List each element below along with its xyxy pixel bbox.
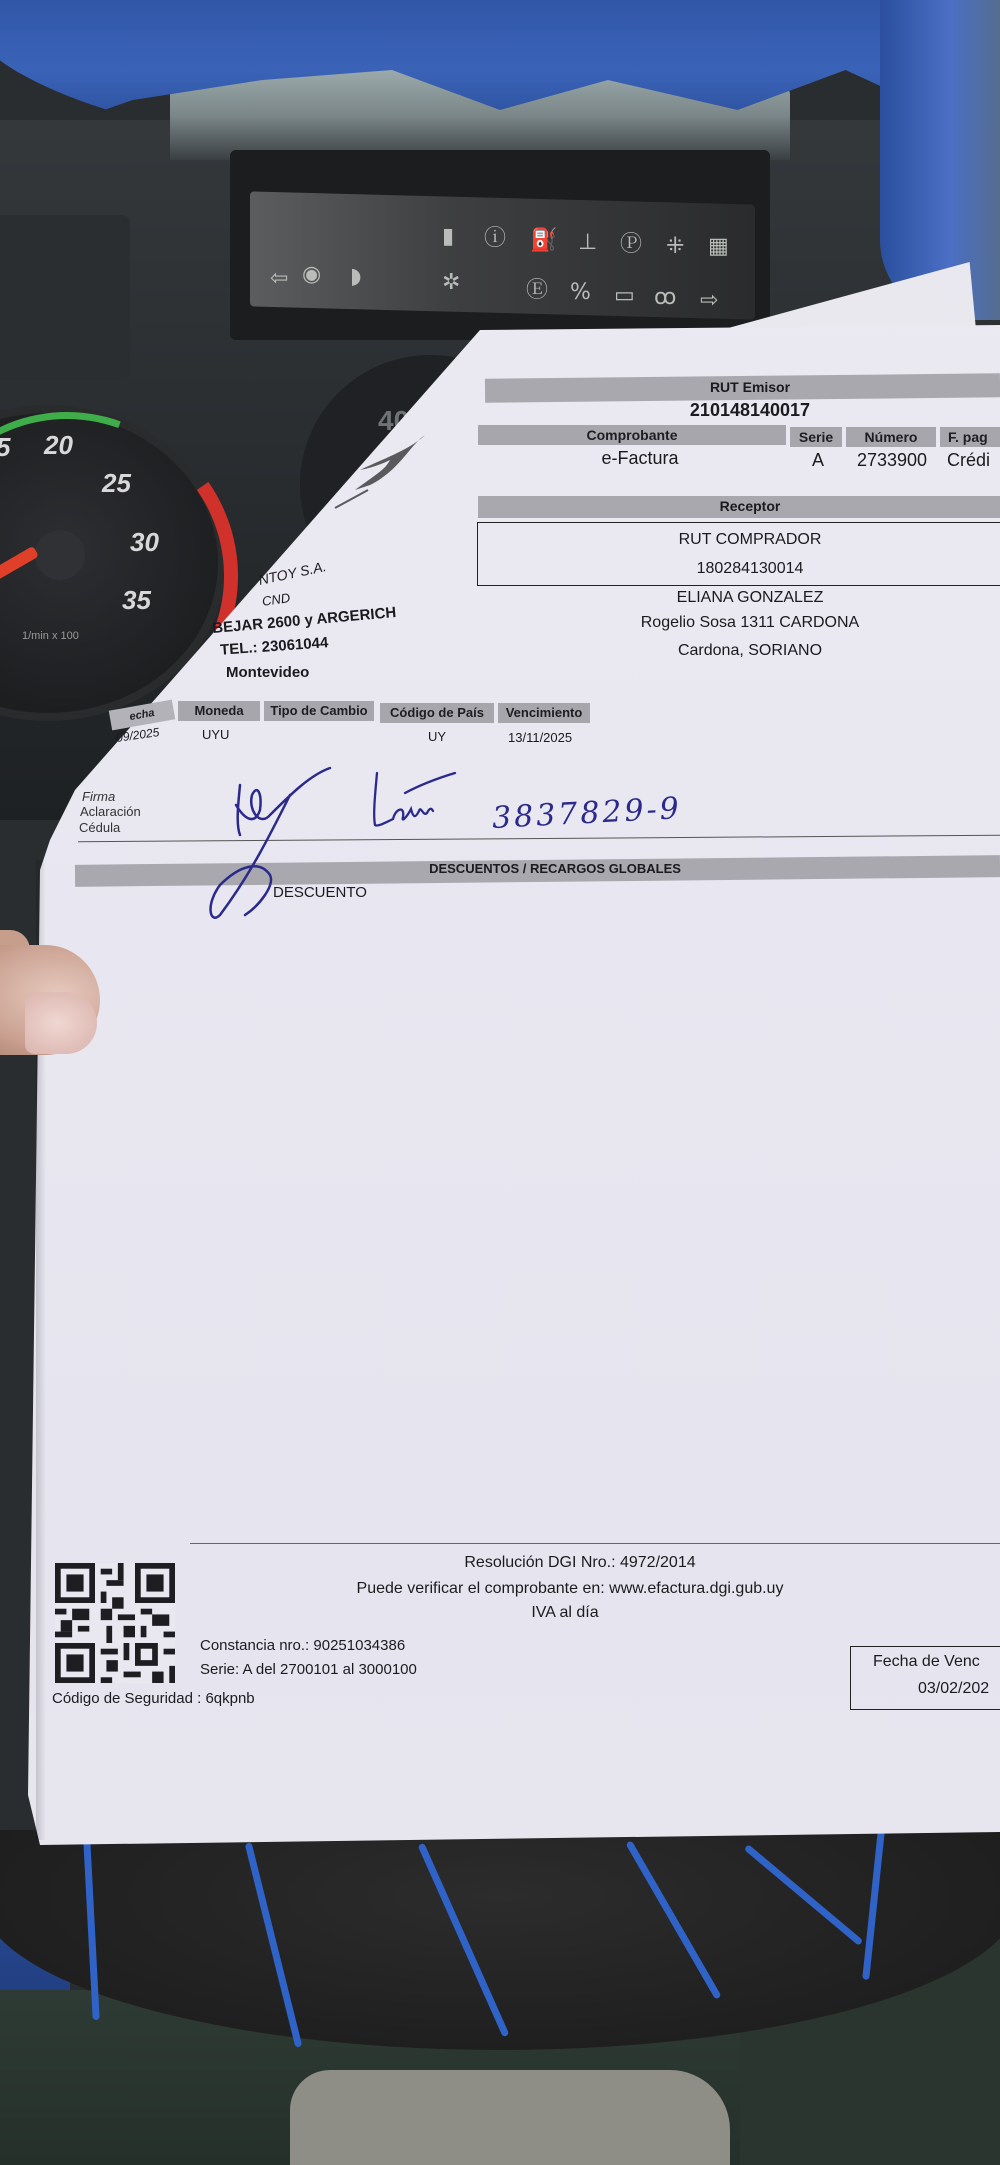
oil-can-icon: ⛽ bbox=[530, 230, 557, 252]
coolant-icon: ⊥ bbox=[578, 232, 597, 254]
resolucion-dgi: Resolución DGI Nro.: 4972/2014 bbox=[410, 1554, 750, 1572]
forma-pago-value: Crédi bbox=[947, 450, 990, 471]
footer-divider bbox=[190, 1543, 1000, 1544]
battery-grid-icon: ▦ bbox=[708, 236, 729, 258]
numero-header: Número bbox=[846, 427, 936, 447]
security-code: Código de Seguridad : 6qkpnb bbox=[52, 1690, 255, 1707]
dash-vent bbox=[0, 215, 130, 380]
constancia-number: Constancia nro.: 90251034386 bbox=[200, 1637, 405, 1654]
parking-brake-icon: Ⓟ bbox=[620, 234, 642, 256]
gauge-label: 25 bbox=[102, 468, 131, 499]
moneda-header: Moneda bbox=[178, 701, 260, 721]
serie-value: A bbox=[800, 450, 836, 471]
gauge-label: 5 bbox=[0, 432, 10, 463]
cedula-label: Cédula bbox=[79, 820, 120, 835]
numero-value: 2733900 bbox=[846, 450, 938, 471]
water-in-fuel-icon: % bbox=[570, 282, 591, 304]
receptor-label: Receptor bbox=[650, 498, 850, 514]
comprobante-header: Comprobante bbox=[478, 425, 786, 445]
gauge-label: 30 bbox=[130, 527, 159, 558]
abs-icon: Ⓔ bbox=[526, 280, 548, 302]
rut-emisor-label: RUT Emisor bbox=[620, 379, 880, 395]
tipo-cambio-header: Tipo de Cambio bbox=[264, 701, 374, 721]
codigo-pais-header: Código de País bbox=[380, 703, 494, 723]
fecha-venc-value: 03/02/202 bbox=[918, 1680, 989, 1698]
tachometer-hub bbox=[35, 530, 85, 580]
fuel-filter-icon: ▮ bbox=[442, 226, 454, 248]
axle-icon: ⁜ bbox=[666, 236, 684, 258]
qr-code-icon[interactable] bbox=[55, 1563, 175, 1683]
shirt bbox=[290, 2070, 730, 2165]
vencimiento-value: 13/11/2025 bbox=[508, 730, 572, 745]
gauge-label: 35 bbox=[122, 585, 151, 616]
firma-label: Firma bbox=[82, 789, 115, 804]
forma-pago-header: F. pag bbox=[940, 427, 1000, 447]
receptor-city: Cardona, SORIANO bbox=[600, 642, 900, 660]
verify-url-text: Puede verificar el comprobante en: www.e… bbox=[330, 1580, 810, 1598]
handwritten-signature-icon bbox=[200, 765, 380, 925]
moneda-value: UYU bbox=[202, 727, 229, 742]
iva-al-dia: IVA al día bbox=[480, 1604, 650, 1622]
descuentos-header: DESCUENTOS / RECARGOS GLOBALES bbox=[390, 861, 720, 876]
battery-icon: ▭ bbox=[614, 285, 635, 307]
fecha-venc-label: Fecha de Venc bbox=[873, 1653, 980, 1671]
serie-header: Serie bbox=[790, 427, 842, 447]
thumbnail bbox=[25, 992, 97, 1054]
aclaracion-label: Aclaración bbox=[80, 804, 141, 819]
handwritten-aclaracion-icon bbox=[365, 765, 475, 845]
fan-icon: ✲ bbox=[442, 272, 460, 294]
brake-icon: ⓘ bbox=[484, 228, 506, 250]
serie-range: Serie: A del 2700101 al 3000100 bbox=[200, 1661, 417, 1678]
gauge-unit-label: 1/min x 100 bbox=[22, 630, 79, 642]
gauge-label: 20 bbox=[44, 430, 73, 461]
headlight-icon: ◉ bbox=[302, 264, 321, 286]
glow-plug-icon: ꝏ bbox=[654, 287, 676, 309]
beam-icon: ◗ bbox=[350, 266, 362, 288]
codigo-pais-value: UY bbox=[428, 729, 446, 744]
issuer-logo-icon bbox=[330, 430, 430, 510]
receptor-address: Rogelio Sosa 1311 CARDONA bbox=[580, 614, 920, 632]
rut-comprador-value: 180284130014 bbox=[600, 560, 900, 578]
vencimiento-header: Vencimiento bbox=[498, 703, 590, 723]
issuer-city: Montevideo bbox=[226, 664, 309, 681]
rut-comprador-label: RUT COMPRADOR bbox=[600, 531, 900, 549]
arrow-right-icon: ⇨ bbox=[700, 290, 718, 312]
arrow-left-icon: ⇦ bbox=[270, 268, 288, 290]
rut-emisor-value: 210148140017 bbox=[620, 400, 880, 421]
receptor-name: ELIANA GONZALEZ bbox=[600, 589, 900, 607]
comprobante-value: e-Factura bbox=[560, 448, 720, 469]
